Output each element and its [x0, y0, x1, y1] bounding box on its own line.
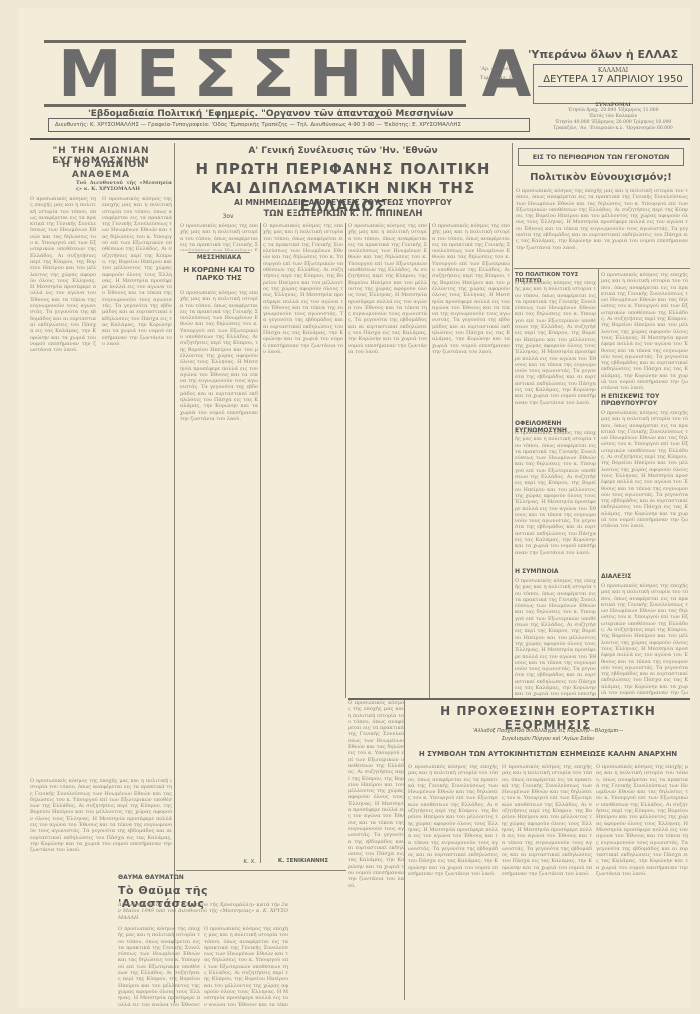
column-rule [429, 223, 430, 698]
right-headline: Πολιτικὸν Εὐνουχισμόν;! [515, 172, 687, 183]
left-article-body: Ο προσωπικός κόσμος της εποχής μας και η… [30, 196, 96, 776]
excursion-subhead-2: Συγκλισμὸν Πύργου καὶ 'Αγίων Σαΐου [406, 736, 690, 742]
right-item-body: Ο προσωπικός κόσμος της εποχής μας και η… [515, 578, 596, 696]
divider [176, 870, 346, 871]
issue-price: Τιμή δραχ. 300 [480, 74, 518, 83]
excursion-body: Ο προσωπικός κόσμος της εποχής μας και η… [408, 764, 498, 1000]
messiniaka-body: Ο προσωπικός κόσμος της εποχής μας και η… [180, 290, 258, 850]
right-item-headline: Η ΕΠΙΣΚΕΨΙΣ ΤΟΥ ΠΡΩΘΥΠΟΥΡΓΟΥ [601, 393, 688, 407]
newspaper-page: ΜΕΣΣΗΝΙΑ 'Εβδομαδιαία Πολιτική 'Εφημερίς… [18, 8, 690, 1008]
lead-body: Ο προσωπικός κόσμος της εποχής μας και η… [348, 223, 427, 698]
subscriptions-line: Τραπεζῶν, 'Αν. 'Εταιρειῶν κ.λ. 'Οργανισμ… [533, 126, 693, 132]
left-headline-2: "Η ΤΟ ΑΙΩΝΙΟΝ ΑΝΑΘΕΜΑ [30, 160, 172, 180]
excursion-body: Ο προσωπικός κόσμος της εποχής μας και η… [502, 764, 592, 1000]
messiniaka-headline: Η ΚΟΡΩΝΗ ΚΑΙ ΤΟ ΠΑΡΚΟ ΤΗΣ [180, 266, 258, 282]
miracle-signature: Κ. Χ. [178, 859, 256, 865]
right-item-body: Ο προσωπικός κόσμος της εποχής μας και η… [601, 410, 688, 570]
lead-body: Ο προσωπικός κόσμος της εποχής μας και η… [263, 223, 343, 853]
issue-number: 'Αρ. φύλλου 22 [480, 65, 518, 74]
lead-part: 3ον [218, 213, 238, 220]
right-item-body: Ο προσωπικός κόσμος της εποχής μας και η… [515, 280, 596, 420]
lead-headline-1: Η ΠΡΩΤΗ ΠΕΡΙΦΑΝΗΣ ΠΟΛΙΤΙΚΗ [178, 160, 508, 178]
masthead-divider [30, 138, 690, 140]
column-rule [260, 223, 261, 863]
lead-kicker: Α' Γενική Συνέλευσις τῶν 'Ην. 'Εθνῶν [178, 146, 508, 156]
column-rule [404, 700, 405, 1000]
miracle-body: Ο προσωπικός κόσμος της εποχής μας και η… [118, 926, 200, 1006]
lead-subhead-1: ΑΙ ΜΝΗΜΕΙΩΔΕΙΣ ΑΓΟΡΕΥΣΕΙΣ ΤΟΥ ΤΕΩΣ ΥΠΟΥΡ… [178, 198, 508, 207]
excursion-subhead-1: 'Αλλαδόξ Πασχαλινὰ συνάλλαγμα εἰς Κορώνη… [406, 728, 690, 734]
newspaper-title: ΜΕΣΣΗΝΙΑ [58, 46, 458, 104]
right-item-headline: Η ΣΥΜΠΝΟΙΑ [515, 568, 597, 575]
date-box: ΚΑΛΑΜΑΙ ΔΕΥΤΕΡΑ 17 ΑΠΡΙΛΙΟΥ 1950 [533, 64, 693, 104]
lead-body: Ο προσωπικός κόσμος της εποχής μας και η… [432, 223, 510, 698]
left-article-body: Ο προσωπικός κόσμος της εποχής μας και η… [102, 196, 172, 776]
miracle-kicker: ΘΑΥΜΑ ΘΑΥΜΑΤΩΝ [118, 874, 248, 881]
publisher-info-bar: Διευθυντής: Κ. ΧΡΥΣΟΜΑΛΛΗΣ — Γραφεία-Τυπ… [48, 118, 530, 132]
city: ΚΑΛΑΜΑΙ [538, 67, 688, 74]
issue-info: 'Αρ. φύλλου 22 Τιμή δραχ. 300 [480, 65, 518, 83]
left-byline: Τοῦ Διευθυντοῦ τῆς «Μεσσηνίας» κ. Κ. ΧΡΥ… [76, 180, 172, 194]
lead-body: Ο προσωπικός κόσμος της εποχής μας και η… [180, 223, 258, 251]
excursion-body: Ο προσωπικός κόσμος της εποχής μας και η… [348, 700, 404, 1000]
right-body: Ο προσωπικός κόσμος της εποχής μας και η… [516, 188, 688, 266]
right-item-body: Ο προσωπικός κόσμος της εποχής μας και η… [601, 272, 688, 390]
column-rule [512, 143, 513, 698]
right-item-headline: ΔΙΑΛΕΞΙΣ [601, 573, 688, 580]
messiniaka-section: ΜΕΣΣΗΝΙΑΚΑ [180, 254, 258, 261]
right-item-body: Ο προσωπικός κόσμος της εποχής μας και η… [515, 430, 596, 565]
issue-date: ΔΕΥΤΕΡΑ 17 ΑΠΡΙΛΙΟΥ 1950 [538, 74, 688, 87]
boxed-section-title: ΕΙΣ ΤΟ ΠΕΡΙΘΩΡΙΟΝ ΤΩΝ ΓΕΓΟΝΟΤΩΝ [518, 148, 684, 166]
divider [514, 268, 690, 269]
right-item-body: Ο προσωπικός κόσμος της εποχής μας και η… [601, 583, 688, 696]
subscriptions: ΣΥΝΔΡΟΜΑΙ 'Ετησία δραχ. 20.000 'Εξάμηνος… [533, 102, 693, 132]
column-rule [345, 223, 346, 698]
column-rule [598, 268, 599, 698]
excursion-body: Ο προσωπικός κόσμος της εποχής μας και η… [596, 764, 688, 1000]
divider [188, 252, 250, 253]
motto: 'Υπεράνω ὅλων ἡ ΕΛΛΑΣ [528, 48, 678, 61]
miracle-body: Ο προσωπικός κόσμος της εποχής μας και η… [204, 926, 288, 1006]
messiniaka-signature: Κ. ΞΕΝΙΚΙΑΝΝΗΣ [263, 858, 343, 864]
excursion-second-headline: Η ΣΥΜΒΟΛΗ ΤΩΝ ΑΥΤΟΚΙΝΗΤΙΣΤΩΝ ΕΣΗΜΕΙΩΣΕ Κ… [406, 750, 690, 758]
miracle-deck: Διάλεξις δοθεῖσα εἰς τὸ «Πλατεῖον τῆς Χρ… [118, 902, 288, 922]
